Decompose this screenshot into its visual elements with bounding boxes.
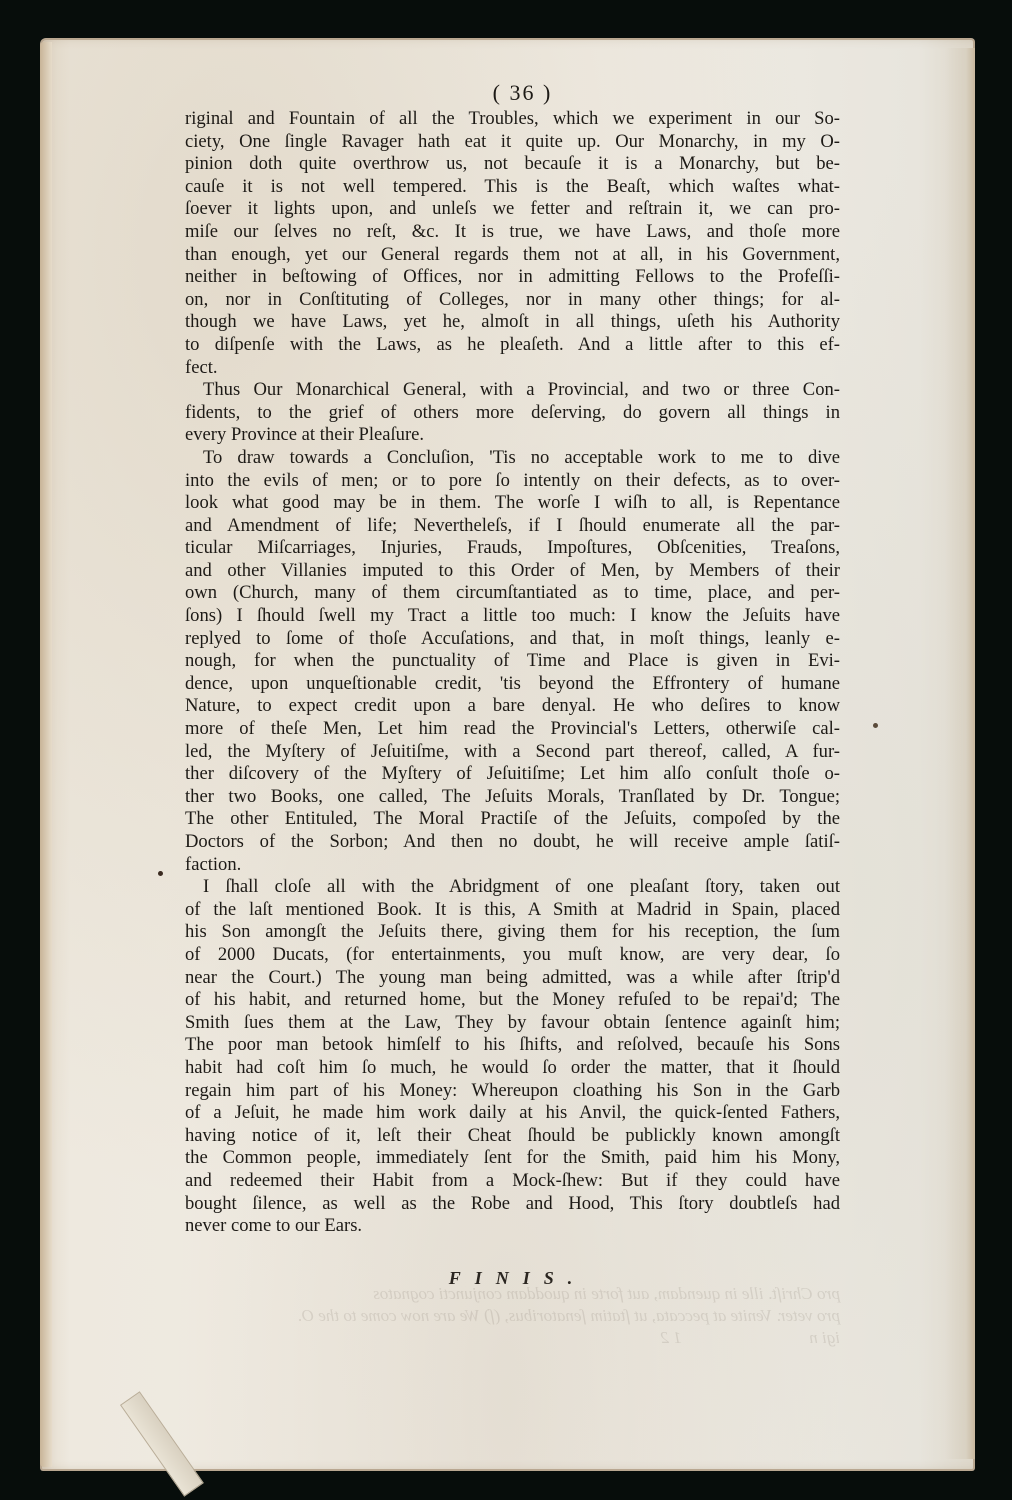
text-line: ticular Miſcarriages, Injuries, Frauds, …	[185, 537, 840, 560]
text-line: of a Jeſuit, he made him work daily at h…	[185, 1102, 840, 1125]
text-line: faction.	[185, 854, 840, 877]
text-line: replyed to ſome of thoſe Accuſations, an…	[185, 628, 840, 651]
ink-spot	[158, 871, 163, 876]
text-line: neither in beſtowing of Offices, nor in …	[185, 266, 840, 289]
text-line: ther two Books, one called, The Jeſuits …	[185, 786, 840, 809]
text-line: Doctors of the Sorbon; And then no doubt…	[185, 831, 840, 854]
text-line: every Province at their Pleaſure.	[185, 424, 840, 447]
text-line: of his habit, and returned home, but the…	[185, 989, 840, 1012]
text-line: and redeemed their Habit from a Mock-ſhe…	[185, 1170, 840, 1193]
text-line: his Son amongſt the Jeſuits there, givin…	[185, 921, 840, 944]
text-line: Thus Our Monarchical General, with a Pro…	[185, 379, 840, 402]
text-line: regain him part of his Money: Whereupon …	[185, 1080, 840, 1103]
page-edge-right	[945, 48, 975, 1459]
paragraph-4: I ſhall cloſe all with the Abridgment of…	[185, 876, 840, 1238]
text-line: look what good may be in them. The worſe…	[185, 492, 840, 515]
text-line: the Common people, immediately ſent for …	[185, 1147, 840, 1170]
text-line: own (Church, many of them circumſtantiat…	[185, 582, 840, 605]
document-page: pro Chriſt. ille in quendam, aut forte i…	[40, 38, 975, 1471]
text-line: having notice of it, leſt their Cheat ſh…	[185, 1125, 840, 1148]
text-line: pinion doth quite overthrow us, not beca…	[185, 153, 840, 176]
text-line: ther diſcovery of the Myſtery of Jeſuiti…	[185, 763, 840, 786]
text-line: Smith ſues them at the Law, They by favo…	[185, 1012, 840, 1035]
page-edge-left	[40, 42, 52, 1467]
text-line: cauſe it is not well tempered. This is t…	[185, 176, 840, 199]
text-line: of 2000 Ducats, (for entertainments, you…	[185, 944, 840, 967]
page-number: ( 36 )	[185, 80, 840, 106]
text-line: more of theſe Men, Let him read the Prov…	[185, 718, 840, 741]
text-line: The poor man betook himſelf to his ſhift…	[185, 1034, 840, 1057]
paragraph-2: Thus Our Monarchical General, with a Pro…	[185, 379, 840, 447]
text-line: bought ſilence, as well as the Robe and …	[185, 1193, 840, 1216]
text-line: miſe our ſelves no reſt, &c. It is true,…	[185, 221, 840, 244]
paragraph-1: riginal and Fountain of all the Troubles…	[185, 108, 840, 379]
text-line: led, the Myſtery of Jeſuitiſme, with a S…	[185, 741, 840, 764]
text-line: of the laſt mentioned Book. It is this, …	[185, 899, 840, 922]
text-line: and other Villanies imputed to this Orde…	[185, 560, 840, 583]
text-line: The other Entituled, The Moral Practiſe …	[185, 808, 840, 831]
text-line: riginal and Fountain of all the Troubles…	[185, 108, 840, 131]
text-line: than enough, yet our General regards the…	[185, 244, 840, 267]
paper-hole	[873, 723, 878, 728]
text-line: on, nor in Conſtituting of Colleges, nor…	[185, 289, 840, 312]
text-line: into the evils of men; or to pore ſo int…	[185, 470, 840, 493]
text-line: never come to our Ears.	[185, 1215, 840, 1238]
text-line: fect.	[185, 357, 840, 380]
text-line: though we have Laws, yet he, almoſt in a…	[185, 311, 840, 334]
page-text: ( 36 ) riginal and Fountain of all the T…	[185, 80, 840, 1289]
text-line: ſoever it lights upon, and unleſs we fet…	[185, 198, 840, 221]
text-line: ſons) I ſhould ſwell my Tract a little t…	[185, 605, 840, 628]
text-line: dence, upon unqueſtionable credit, 'tis …	[185, 673, 840, 696]
text-line: ciety, One ſingle Ravager hath eat it qu…	[185, 131, 840, 154]
text-line: I ſhall cloſe all with the Abridgment of…	[185, 876, 840, 899]
text-line: nough, for when the punctuality of Time …	[185, 650, 840, 673]
text-line: habit had coſt him ſo much, he would ſo …	[185, 1057, 840, 1080]
bleed-through-text: pro Chriſt. ille in quendam, aut forte i…	[190, 1283, 840, 1349]
finis-colophon: FINIS.	[185, 1268, 840, 1289]
text-line: and Amendment of life; Nevertheleſs, if …	[185, 515, 840, 538]
text-line: To draw towards a Concluſion, 'Tis no ac…	[185, 447, 840, 470]
paragraph-3: To draw towards a Concluſion, 'Tis no ac…	[185, 447, 840, 876]
text-line: near the Court.) The young man being adm…	[185, 967, 840, 990]
text-line: Nature, to expect credit upon a bare den…	[185, 695, 840, 718]
text-line: to diſpenſe with the Laws, as he pleaſet…	[185, 334, 840, 357]
text-line: fidents, to the grief of others more deſ…	[185, 402, 840, 425]
